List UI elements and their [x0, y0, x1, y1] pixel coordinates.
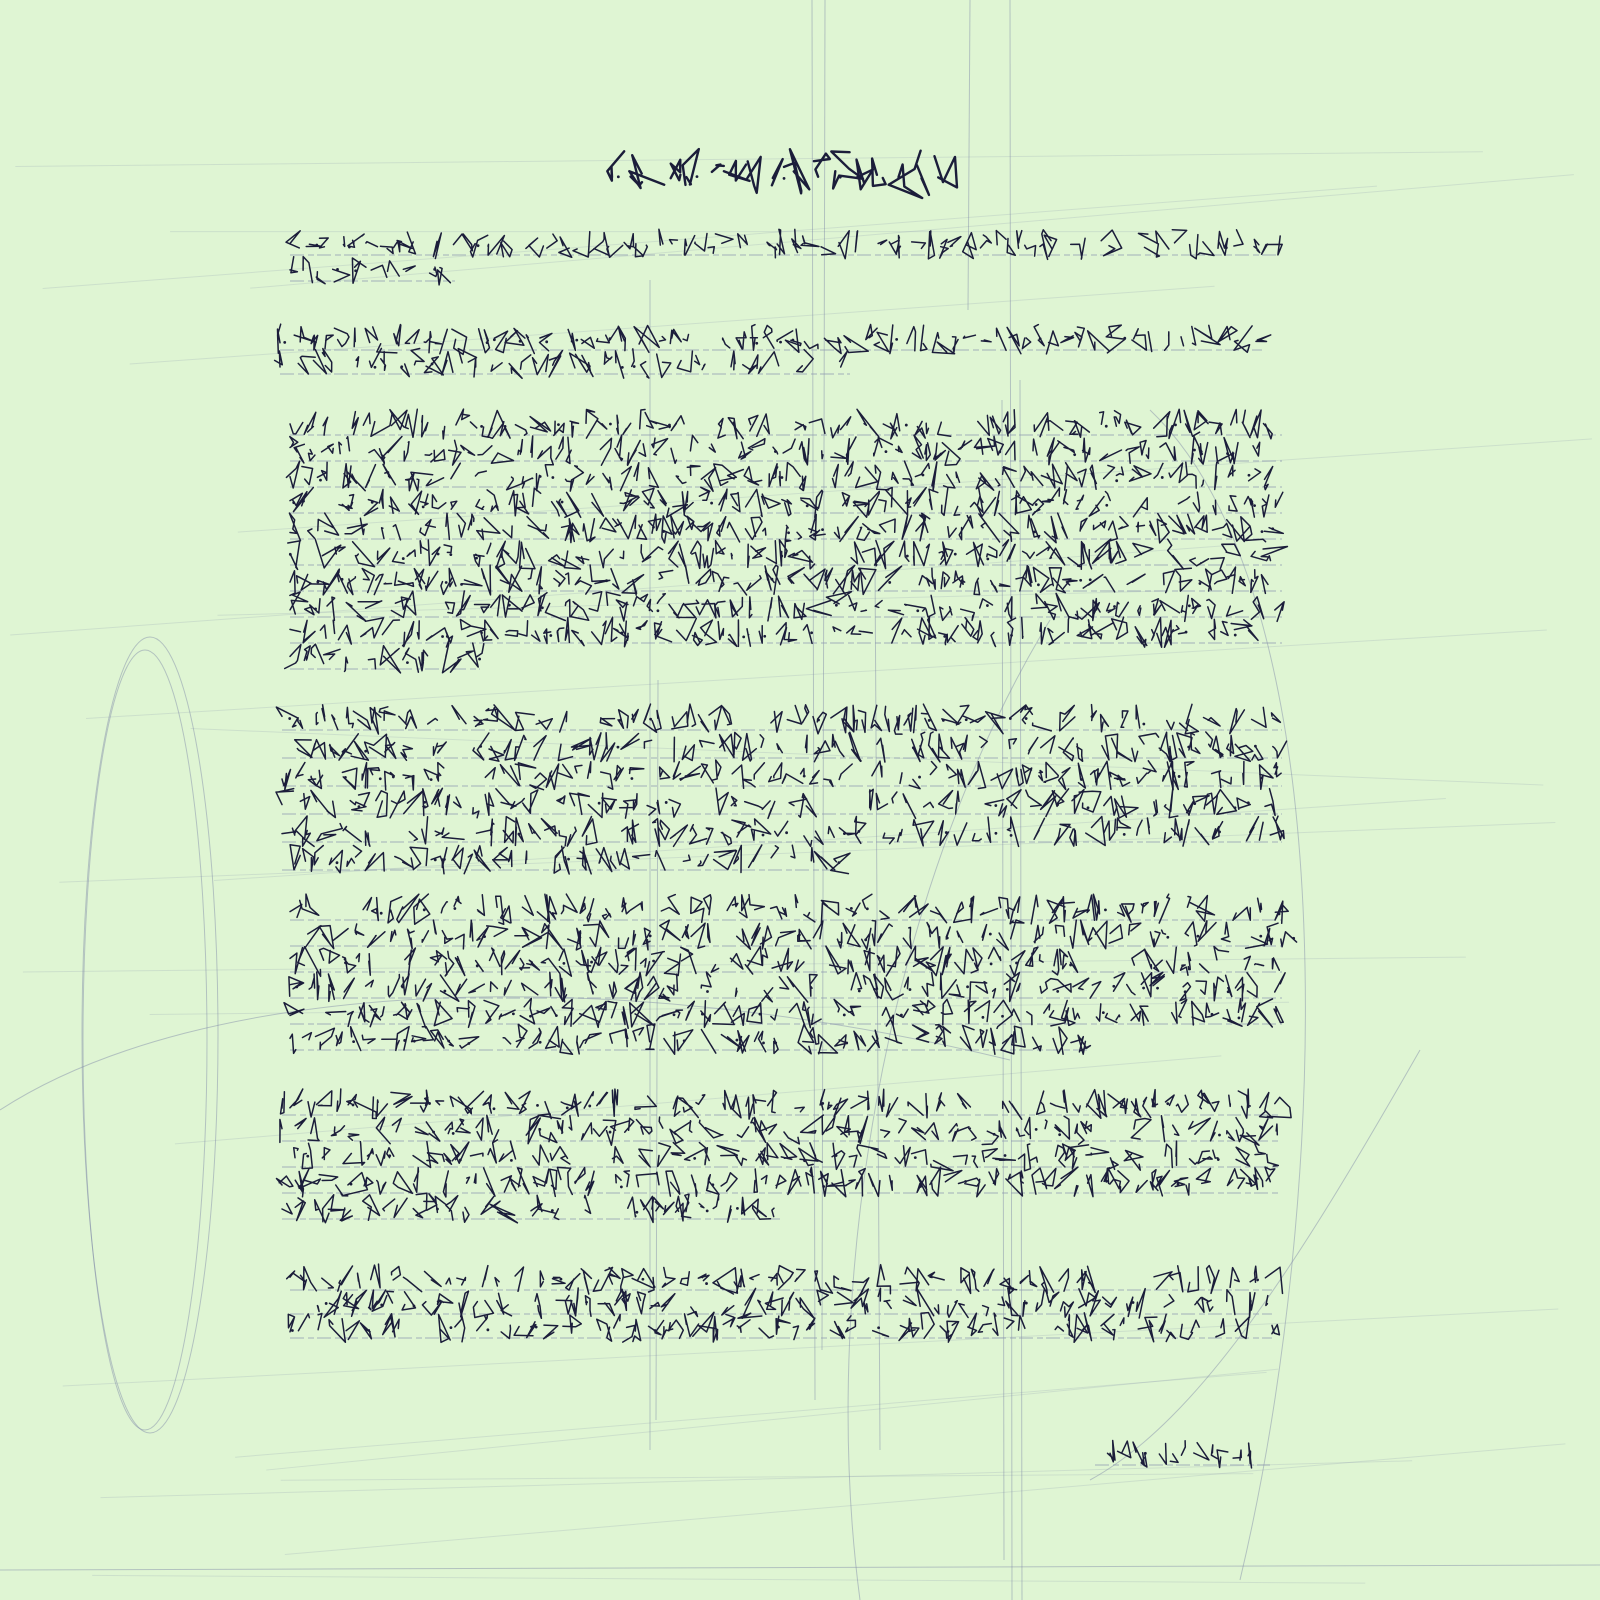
writing-guide-lines — [280, 255, 1282, 1465]
asemic-page-canvas — [0, 0, 1600, 1600]
page-title-scribble — [607, 149, 957, 198]
